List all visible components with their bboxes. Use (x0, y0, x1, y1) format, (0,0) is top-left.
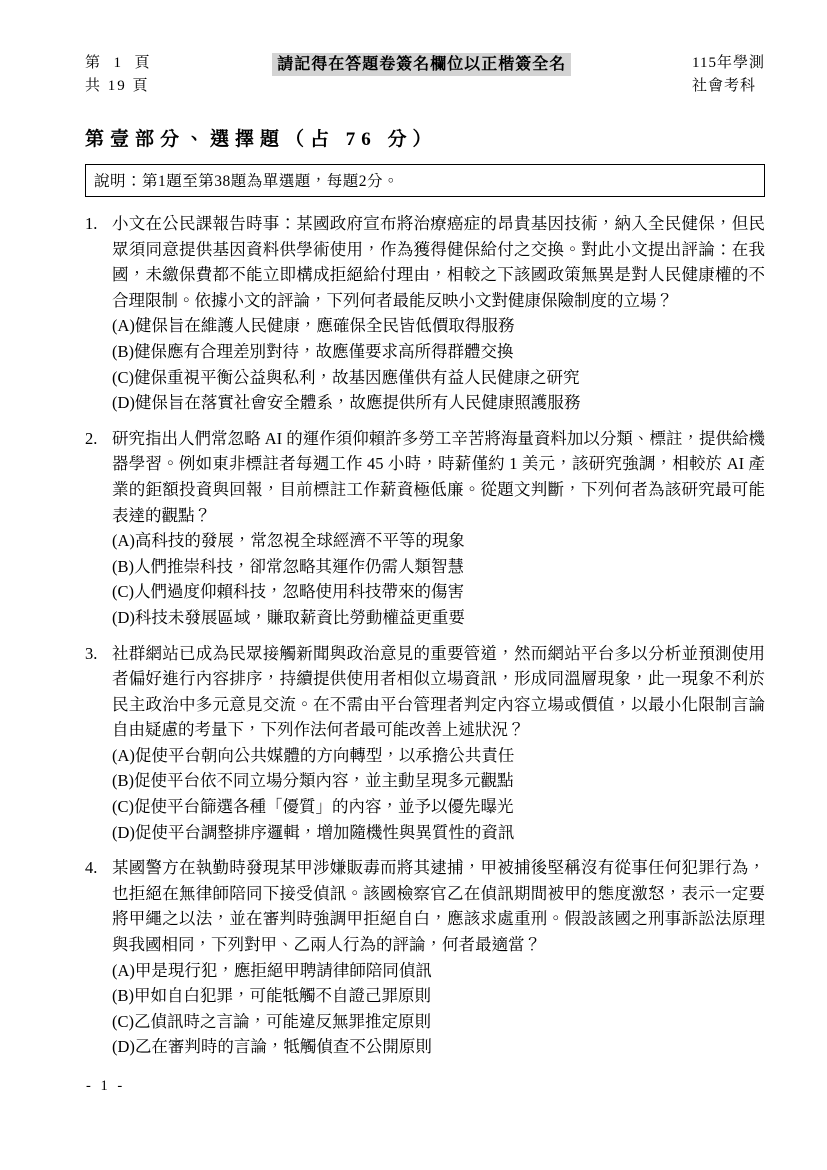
exam-page: 第 1 頁 共 19 頁 請記得在答題卷簽名欄位以正楷簽全名 115年學測 社會… (0, 0, 827, 1170)
option-b: (B)甲如自白犯罪，可能牴觸不自證己罪原則 (112, 983, 765, 1009)
instructions-box: 說明：第1題至第38題為單選題，每題2分。 (85, 164, 765, 197)
current-page-label: 第 1 頁 (85, 52, 152, 75)
option-b: (B)健保應有合理差別對待，故應僅要求高所得群體交換 (112, 339, 765, 365)
exam-year-label: 115年學測 (692, 52, 765, 75)
question-number: 3. (85, 641, 112, 846)
question-1: 1. 小文在公民課報告時事：某國政府宣布將治療癌症的昂貴基因技術，納入全民健保，… (85, 211, 765, 416)
question-stem: 社群網站已成為民眾接觸新聞與政治意見的重要管道，然而網站平台多以分析並預測使用者… (112, 641, 765, 743)
question-body: 研究指出人們常忽略 AI 的運作須仰賴許多勞工辛苦將海量資料加以分類、標註，提供… (112, 426, 765, 631)
question-3: 3. 社群網站已成為民眾接觸新聞與政治意見的重要管道，然而網站平台多以分析並預測… (85, 641, 765, 846)
option-a: (A)高科技的發展，常忽視全球經濟不平等的現象 (112, 528, 765, 554)
question-stem: 研究指出人們常忽略 AI 的運作須仰賴許多勞工辛苦將海量資料加以分類、標註，提供… (112, 426, 765, 528)
option-b: (B)人們推崇科技，卻常忽略其運作仍需人類智慧 (112, 554, 765, 580)
header-center: 請記得在答題卷簽名欄位以正楷簽全名 (152, 52, 693, 77)
option-a: (A)健保旨在維護人民健康，應確保全民皆低價取得服務 (112, 313, 765, 339)
exam-id-block: 115年學測 社會考科 (692, 52, 765, 98)
option-c: (C)促使平台篩選各種「優質」的內容，並予以優先曝光 (112, 794, 765, 820)
subject-label: 社會考科 (692, 75, 765, 98)
option-a: (A)促使平台朝向公共媒體的方向轉型，以承擔公共責任 (112, 743, 765, 769)
question-stem: 小文在公民課報告時事：某國政府宣布將治療癌症的昂貴基因技術，納入全民健保，但民眾… (112, 211, 765, 313)
question-2: 2. 研究指出人們常忽略 AI 的運作須仰賴許多勞工辛苦將海量資料加以分類、標註… (85, 426, 765, 631)
option-c: (C)健保重視平衡公益與私利，故基因應僅供有益人民健康之研究 (112, 365, 765, 391)
option-d: (D)促使平台調整排序邏輯，增加隨機性與異質性的資訊 (112, 820, 765, 846)
question-body: 社群網站已成為民眾接觸新聞與政治意見的重要管道，然而網站平台多以分析並預測使用者… (112, 641, 765, 846)
section-title: 第壹部分、選擇題（占 76 分） (85, 124, 765, 151)
option-b: (B)促使平台依不同立場分類內容，並主動呈現多元觀點 (112, 768, 765, 794)
question-body: 某國警方在執勤時發現某甲涉嫌販毒而將其逮捕，甲被捕後堅稱沒有從事任何犯罪行為，也… (112, 855, 765, 1060)
option-c: (C)乙偵訊時之言論，可能違反無罪推定原則 (112, 1009, 765, 1035)
question-4: 4. 某國警方在執勤時發現某甲涉嫌販毒而將其逮捕，甲被捕後堅稱沒有從事任何犯罪行… (85, 855, 765, 1060)
page-header: 第 1 頁 共 19 頁 請記得在答題卷簽名欄位以正楷簽全名 115年學測 社會… (85, 52, 765, 98)
question-list: 1. 小文在公民課報告時事：某國政府宣布將治療癌症的昂貴基因技術，納入全民健保，… (85, 211, 765, 1060)
option-a: (A)甲是現行犯，應拒絕甲聘請律師陪同偵訊 (112, 958, 765, 984)
signature-notice: 請記得在答題卷簽名欄位以正楷簽全名 (272, 53, 571, 76)
option-c: (C)人們過度仰賴科技，忽略使用科技帶來的傷害 (112, 579, 765, 605)
total-pages-label: 共 19 頁 (85, 75, 152, 98)
question-number: 4. (85, 855, 112, 1060)
option-d: (D)健保旨在落實社會安全體系，故應提供所有人民健康照護服務 (112, 390, 765, 416)
option-d: (D)乙在審判時的言論，牴觸偵查不公開原則 (112, 1034, 765, 1060)
question-body: 小文在公民課報告時事：某國政府宣布將治療癌症的昂貴基因技術，納入全民健保，但民眾… (112, 211, 765, 416)
question-number: 2. (85, 426, 112, 631)
page-count-block: 第 1 頁 共 19 頁 (85, 52, 152, 98)
footer-page-number: - 1 - (86, 1078, 125, 1095)
option-d: (D)科技未發展區域，賺取薪資比勞動權益更重要 (112, 605, 765, 631)
question-stem: 某國警方在執勤時發現某甲涉嫌販毒而將其逮捕，甲被捕後堅稱沒有從事任何犯罪行為，也… (112, 855, 765, 957)
question-number: 1. (85, 211, 112, 416)
